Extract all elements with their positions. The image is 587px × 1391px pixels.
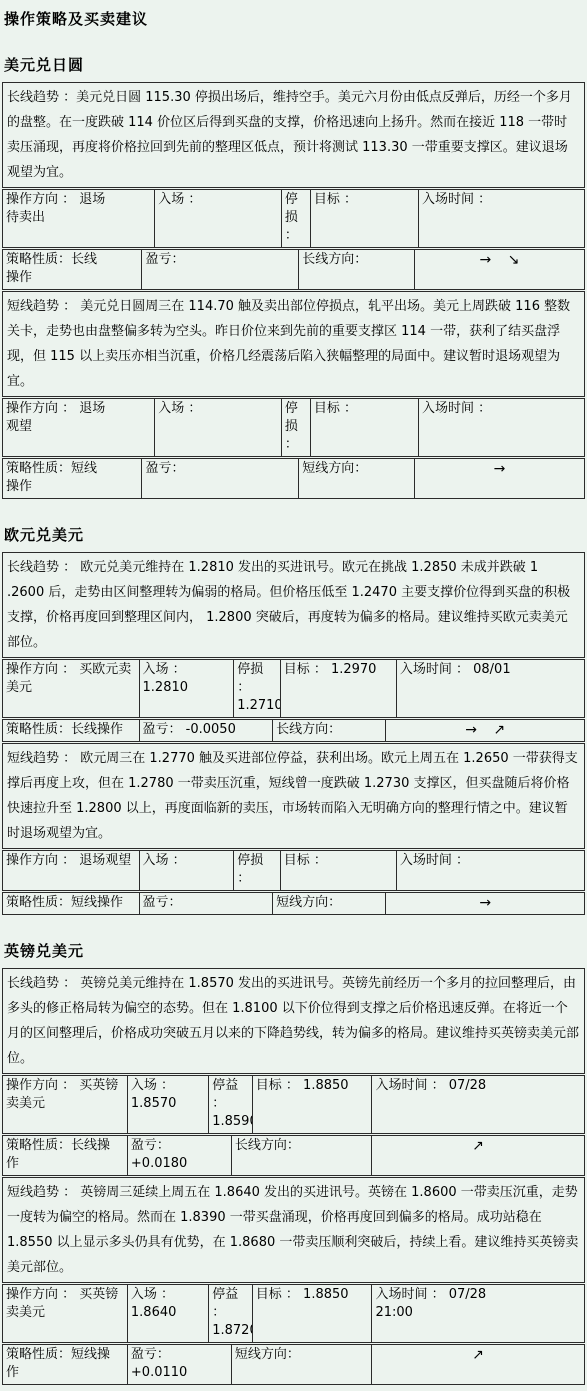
trend-arrow-icon: → ↗ [386, 720, 584, 741]
section-gbp-usd: 英镑兑美元 长线趋势 ： 英镑兑美元维持在 1.8570 发出的买进讯号。英镑先… [2, 940, 585, 1385]
pnl-cell: 盈亏： [142, 459, 299, 498]
entry-cell: 入场 ： 1.8640 [128, 1285, 209, 1342]
target-cell: 目标 ： [281, 851, 397, 890]
trend-direction-label-cell: 长线方向： [299, 250, 415, 289]
trend-arrow-icon: → [415, 459, 584, 498]
operation-direction-cell: 操作方向 ： 买英镑 卖美元 [3, 1285, 128, 1342]
long-position-row: 操作方向 ： 退场 待卖出 入场 ： 停损 ： 目标 ： 入场时间 ： [2, 189, 585, 248]
section-eur-usd: 欧元兑美元 长线趋势 ： 欧元兑美元维持在 1.2810 发出的买进讯号。欧元在… [2, 524, 585, 915]
stop-loss-cell: 停损 ： [234, 851, 280, 890]
short-trend-paragraph: 短线趋势 ： 美元兑日圆周三在 114.70 触及卖出部位停损点，轧平出场。美元… [2, 291, 585, 397]
entry-cell: 入场 ： 1.2810 [140, 660, 235, 717]
stop-gain-cell: 停益 ： 1.8590 [209, 1076, 253, 1133]
entry-cell: 入场 ： [140, 851, 235, 890]
trend-direction-label-cell: 长线方向： [273, 720, 386, 741]
long-trend-paragraph: 长线趋势 ：美元兑日圆 115.30 停损出场后，维持空手。美元六月份由低点反弹… [2, 82, 585, 188]
page-title: 操作策略及买卖建议 [4, 8, 585, 29]
short-strategy-row: 策略性质：短线操 作 盈亏： +0.0110 短线方向： ↗ [2, 1344, 585, 1385]
stop-gain-cell: 停益 ： 1.8720 [209, 1285, 253, 1342]
target-cell: 目标 ： 1.8850 [253, 1076, 373, 1133]
stop-loss-cell: 停损 ： [282, 399, 311, 456]
trend-direction-label-cell: 短线方向： [299, 459, 415, 498]
entry-time-cell: 入场时间 ： 08/01 [397, 660, 584, 717]
pnl-cell: 盈亏： [142, 250, 299, 289]
short-strategy-row: 策略性质：短线操作 盈亏： 短线方向： → [2, 892, 585, 915]
operation-direction-cell: 操作方向 ： 退场 待卖出 [3, 190, 155, 247]
operation-direction-cell: 操作方向 ： 买英镑 卖美元 [3, 1076, 128, 1133]
operation-direction-cell: 操作方向 ： 退场 观望 [3, 399, 155, 456]
section-title-usd-jpy: 美元兑日圆 [4, 54, 585, 75]
strategy-nature-cell: 策略性质：长线操作 [3, 720, 140, 741]
long-position-row: 操作方向 ： 买欧元卖 美元 入场 ： 1.2810 停损 ： 1.2710 目… [2, 659, 585, 718]
short-position-row: 操作方向 ： 退场 观望 入场 ： 停损 ： 目标 ： 入场时间 ： [2, 398, 585, 457]
trend-direction-label-cell: 长线方向： [232, 1136, 372, 1175]
long-trend-paragraph: 长线趋势 ： 英镑兑美元维持在 1.8570 发出的买进讯号。英镑先前经历一个多… [2, 968, 585, 1074]
long-position-row: 操作方向 ： 买英镑 卖美元 入场 ： 1.8570 停益 ： 1.8590 目… [2, 1075, 585, 1134]
section-title-eur-usd: 欧元兑美元 [4, 524, 585, 545]
trend-direction-label-cell: 短线方向： [273, 893, 386, 914]
entry-cell: 入场 ： 1.8570 [128, 1076, 209, 1133]
long-strategy-row: 策略性质：长线操 作 盈亏： +0.0180 长线方向： ↗ [2, 1135, 585, 1176]
section-title-gbp-usd: 英镑兑美元 [4, 940, 585, 961]
strategy-nature-cell: 策略性质：长线操 作 [3, 1136, 128, 1175]
pnl-cell: 盈亏： +0.0180 [128, 1136, 232, 1175]
pnl-cell: 盈亏： [140, 893, 274, 914]
long-trend-paragraph: 长线趋势 ： 欧元兑美元维持在 1.2810 发出的买进讯号。欧元在挑战 1.2… [2, 552, 585, 658]
entry-time-cell: 入场时间 ： 07/28 [372, 1076, 584, 1133]
strategy-nature-cell: 策略性质：长线 操作 [3, 250, 142, 289]
entry-cell: 入场 ： [155, 190, 282, 247]
short-position-row: 操作方向 ： 退场观望 入场 ： 停损 ： 目标 ： 入场时间 ： [2, 850, 585, 891]
long-strategy-row: 策略性质：长线 操作 盈亏： 长线方向： → ↘ [2, 249, 585, 290]
trend-arrow-icon: → [386, 893, 584, 914]
strategy-nature-cell: 策略性质：短线操 作 [3, 1345, 128, 1384]
stop-loss-cell: 停损 ： 1.2710 [234, 660, 280, 717]
pnl-cell: 盈亏： +0.0110 [128, 1345, 232, 1384]
short-trend-paragraph: 短线趋势 ： 欧元周三在 1.2770 触及买进部位停益，获利出场。欧元上周五在… [2, 743, 585, 849]
document-page: 操作策略及买卖建议 美元兑日圆 长线趋势 ：美元兑日圆 115.30 停损出场后… [1, 0, 586, 1391]
strategy-nature-cell: 策略性质：短线 操作 [3, 459, 142, 498]
operation-direction-cell: 操作方向 ： 退场观望 [3, 851, 140, 890]
entry-time-cell: 入场时间 ： [419, 190, 584, 247]
short-position-row: 操作方向 ： 买英镑 卖美元 入场 ： 1.8640 停益 ： 1.8720 目… [2, 1284, 585, 1343]
target-cell: 目标 ： 1.2970 [281, 660, 397, 717]
target-cell: 目标 ： 1.8850 [253, 1285, 373, 1342]
target-cell: 目标 ： [311, 399, 419, 456]
entry-cell: 入场 ： [155, 399, 282, 456]
strategy-nature-cell: 策略性质：短线操作 [3, 893, 140, 914]
target-cell: 目标 ： [311, 190, 419, 247]
short-trend-paragraph: 短线趋势 ： 英镑周三延续上周五在 1.8640 发出的买进讯号。英镑在 1.8… [2, 1177, 585, 1283]
trend-arrow-icon: ↗ [372, 1345, 584, 1384]
operation-direction-cell: 操作方向 ： 买欧元卖 美元 [3, 660, 140, 717]
entry-time-cell: 入场时间 ： [419, 399, 584, 456]
short-strategy-row: 策略性质：短线 操作 盈亏： 短线方向： → [2, 458, 585, 499]
pnl-cell: 盈亏： -0.0050 [140, 720, 274, 741]
section-usd-jpy: 美元兑日圆 长线趋势 ：美元兑日圆 115.30 停损出场后，维持空手。美元六月… [2, 54, 585, 499]
stop-loss-cell: 停损 ： [282, 190, 311, 247]
trend-direction-label-cell: 短线方向： [232, 1345, 372, 1384]
entry-time-cell: 入场时间 ： [397, 851, 584, 890]
entry-time-cell: 入场时间 ： 07/28 21:00 [372, 1285, 584, 1342]
trend-arrow-icon: → ↘ [415, 250, 584, 289]
trend-arrow-icon: ↗ [372, 1136, 584, 1175]
long-strategy-row: 策略性质：长线操作 盈亏： -0.0050 长线方向： → ↗ [2, 719, 585, 742]
